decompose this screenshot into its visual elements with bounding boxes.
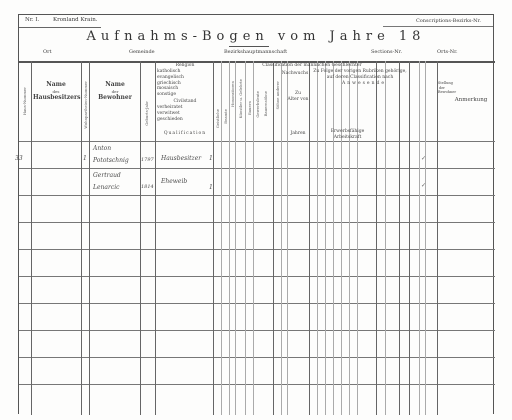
class-col-1: Geistliche	[215, 109, 220, 128]
row2-first-name: Gertraud	[93, 172, 121, 179]
row1-last-name: Pototschnig	[93, 157, 129, 164]
col-qualification: Qualification	[157, 131, 213, 137]
row1-house-number: 33	[15, 155, 23, 162]
occupation-label: Erwerbsfähige Arbeitskraft	[319, 129, 376, 141]
class-col-3: Honoratioren	[230, 81, 235, 107]
row1-checkmark: ✓	[421, 155, 426, 162]
row1-mark: 1	[209, 155, 213, 162]
row1-birth-year: 1797	[141, 157, 154, 163]
row2-qualification: Eheweib	[161, 178, 187, 185]
age-unit: Jahren	[287, 131, 309, 137]
label-sections: Sections-Nr.	[371, 49, 402, 55]
region-label: Kronland Krain.	[53, 17, 98, 23]
form-number: Nr. I.	[25, 17, 39, 23]
form-header-top: Nr. I. Kronland Krain. Conscriptions-Bez…	[19, 15, 493, 27]
census-form-sheet: Nr. I. Kronland Krain. Conscriptions-Bez…	[18, 14, 494, 414]
row2-birth-year: 1814	[141, 184, 154, 190]
classification-title: Classification der männlichen Geschlecht…	[215, 63, 409, 69]
class-col-2: Beamte	[223, 109, 228, 124]
class-col-6: Gewerbsleute	[255, 91, 260, 118]
civil-status-block: Civilstand verheiratet verwitwet geschie…	[157, 99, 213, 122]
title-underline	[229, 46, 269, 47]
age-block: Zu Alter von	[287, 91, 309, 103]
label-orts: Orts-Nr.	[437, 49, 458, 55]
col-owner-name: Name des Hausbesitzers	[33, 81, 79, 102]
class-col-4: Künstler u. Gelehrte	[238, 79, 243, 118]
row1-dwelling: 1	[83, 155, 87, 162]
row1-first-name: Anton	[93, 145, 111, 152]
class-col-8: Söhne anderer	[275, 81, 280, 110]
row1-qualification: Hausbesitzer	[161, 155, 201, 162]
military-note: Zu Folge der vorigen Rubriken gehörige, …	[311, 69, 409, 81]
residence-block: Nachwuchs	[281, 71, 309, 77]
col-birth-year: Geburts-Jahr	[144, 101, 149, 126]
conscription-district-label: Conscriptions-Bezirks-Nr.	[416, 18, 481, 24]
row2-checkmark: ✓	[421, 182, 426, 189]
class-col-7: Bauernsöhne	[263, 91, 268, 116]
remarks-position: Stellung der Bewohner	[438, 81, 446, 95]
row2-mark: 1	[209, 184, 213, 191]
col-remarks: Anmerkung	[447, 97, 495, 104]
col-resident-name: Name der Bewohner	[91, 81, 139, 102]
col-house-number: Haus-Nummer	[22, 87, 27, 115]
row2-last-name: Lenarcic	[93, 184, 119, 191]
religion-block: Religion katholisch evangelisch griechis…	[157, 63, 213, 98]
label-bezirk: Bezirkshauptmannschaft	[224, 49, 287, 55]
class-col-5: Bauern	[247, 101, 252, 115]
label-ort: Ort	[43, 49, 52, 55]
census-table: Haus-Nummer Name des Hausbesitzers Wohnp…	[19, 61, 495, 415]
form-title: Aufnahms-Bogen vom Jahre 18	[19, 29, 493, 44]
top-divider	[19, 27, 101, 28]
district-line	[383, 26, 493, 27]
label-gemeinde: Gemeinde	[129, 49, 155, 55]
col-dwelling-number: Wohnpartheien-Nummer	[83, 81, 88, 129]
present-label: Anwesende	[319, 81, 409, 87]
